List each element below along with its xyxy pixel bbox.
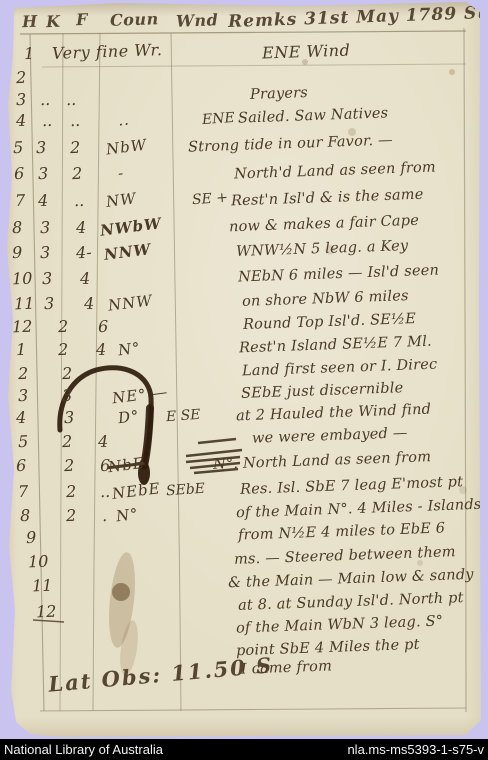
right-edge-rule [464,28,466,712]
hour-value: 9 [26,528,37,547]
knots-value: 3 [38,164,49,183]
remarks-title: Remks 31st May 1789 Sund [228,2,488,32]
wind-value: ENE [201,110,235,128]
knots-value: .. [42,111,53,130]
bottom-rule [40,708,466,711]
knots-value: 4 [38,191,49,210]
manuscript-identifier: nla.ms-ms5393-1-s75-v [347,742,484,757]
wind-note: ENE Wind [262,40,351,62]
knots-value: 3 [64,408,75,427]
remark-line: now & makes a fair Cape [229,213,420,236]
remark-line: we were embayed — [252,425,408,446]
course-value: NbW [105,136,148,159]
hour-value: 5 [18,432,29,451]
remark-line: & the Main — Main low & sandy [228,567,474,592]
hour-value: 3 [16,90,27,109]
hour-value: 5 [13,138,24,157]
hour-value: 6 [16,456,27,475]
wind-value: SEbE [165,481,205,500]
hour-value: 4 [16,111,27,130]
remark-line: point SbE 4 Miles the pt [236,637,420,659]
fathoms-value: 4 [98,432,109,451]
knots-value: 2 [58,340,69,359]
fathoms-value: 4 [84,294,95,313]
col-header-hours: H [22,12,38,32]
subheader-rule [42,64,466,67]
knots-value: 2 [62,432,73,451]
fathoms-value: 6 [98,317,109,336]
remark-line: I came from [241,658,333,677]
col-header-knots: K [46,12,61,31]
logbook-page: H K F Coun Wnd Remks 31st May 1789 Sund … [0,0,488,739]
weather-note: Very fine Wr. [52,40,163,63]
remark-line: from N½E 4 miles to EbE 6 [238,520,446,543]
remark-line: Round Top Isl'd. SE½E [243,311,416,333]
hour-value: 7 [15,191,26,210]
remark-line: Rest'n Isl'd & is the same [231,187,424,210]
knots-value: 3 [40,243,51,262]
col-header-fathoms: F [76,10,89,29]
fathoms-value: 4- [76,243,92,263]
course-value: NEbE [111,479,161,503]
ink-blot-drip [144,408,150,466]
remark-line: N°. North Land as seen from [213,449,432,473]
wind-value: E SE [165,407,201,425]
remark-line: Prayers [250,85,308,103]
remark-line: Strong tide in our Favor. — [188,132,393,155]
hour-value: 10 [28,552,49,572]
course-value: N° [115,505,140,526]
course-value: NNW [107,291,154,314]
knots-value: 3 [40,218,51,237]
credit-bar: National Library of Australia nla.ms-ms5… [0,739,488,760]
hour-value: 11 [32,576,53,596]
knots-value: 3 [62,386,73,405]
knots-value: 2 [62,364,73,383]
hour-value: 1 [16,340,27,359]
course-value: D° [117,407,141,427]
course-value: NE° — [111,383,169,408]
course-value: NWbW [99,214,163,239]
fathoms-value: 4 [76,218,87,237]
knots-value: 3 [44,294,55,313]
course-value: NNW [103,240,152,264]
remark-line: at 8. at Sunday Isl'd. North pt [238,590,464,614]
stain [105,551,139,649]
knots-value: 3 [36,138,47,157]
scan-frame: H K F Coun Wnd Remks 31st May 1789 Sund … [0,0,488,760]
remark-line: WNW½N 5 leag. a Key [236,238,409,260]
fathoms-value: 2 [70,138,81,157]
hour-value: 4 [16,408,27,427]
hour-value: 12 [36,602,57,622]
remark-line: of the Main N°. 4 Miles - Islands [236,497,482,522]
knots-value: 3 [42,269,53,288]
col-header-wind: Wnd [176,10,219,30]
wind-value: SE + [191,190,228,208]
remark-line: NEbN 6 miles — Isl'd seen [238,262,440,285]
col-rule-courses [171,33,181,711]
hour-value: 10 [12,269,33,289]
hour-value: 8 [20,506,31,525]
remark-line: SEbE just discernible [241,380,404,402]
remark-line: Res. Isl. SbE 7 leag E'most pt [240,474,464,498]
col-rule-fathoms [93,33,100,711]
fathoms-value: 4 [80,269,91,288]
hour-value: 3 [18,386,29,405]
stain-spot [112,583,130,601]
fathoms-value: 4 [96,340,107,359]
col-header-courses: Coun [110,9,159,30]
course-value: NbE [107,454,146,476]
remark-line: at 2 Hauled the Wind find [236,402,432,425]
hour-value: 9 [12,243,23,262]
remark-line: of the Main WbN 3 leag. S° [236,613,444,636]
hour-value: 2 [18,364,29,383]
fathoms-value: 2 [72,164,83,183]
hour-value: 6 [14,164,25,183]
fathoms-value: .. [70,111,81,130]
course-value: .. [117,110,131,129]
hour-value: 12 [12,317,33,337]
hour-value: 11 [14,294,35,314]
remark-line: Rest'n Island SE½E 7 Ml. [239,334,432,357]
course-value: N° [117,339,142,360]
remark-line: Sailed. Saw Natives [238,105,389,126]
hour-value: 7 [18,482,29,501]
knots-value: 2 [66,482,77,501]
age-spot [449,69,455,75]
fathoms-value: .. [66,90,77,109]
remark-line: on shore NbW 6 miles [242,288,409,310]
knots-value: .. [40,90,51,109]
fathoms-value: .. [74,191,85,210]
knots-value: 2 [66,506,77,525]
remark-line: Land first seen or I. Direc [242,357,438,380]
course-value: - [117,164,125,183]
hour-value: 8 [12,218,23,237]
course-value: NW [105,189,138,211]
knots-value: 2 [64,456,75,475]
remark-line: North'd Land as seen from [234,159,436,182]
knots-value: 2 [58,317,69,336]
hour-value: 2 [16,68,27,87]
hour-value: 1 [24,44,35,63]
fathoms-value: .. [100,482,111,501]
library-credit: National Library of Australia [4,742,163,757]
fathoms-value: . [102,506,108,525]
remark-line: ms. — Steered between them [234,544,456,568]
